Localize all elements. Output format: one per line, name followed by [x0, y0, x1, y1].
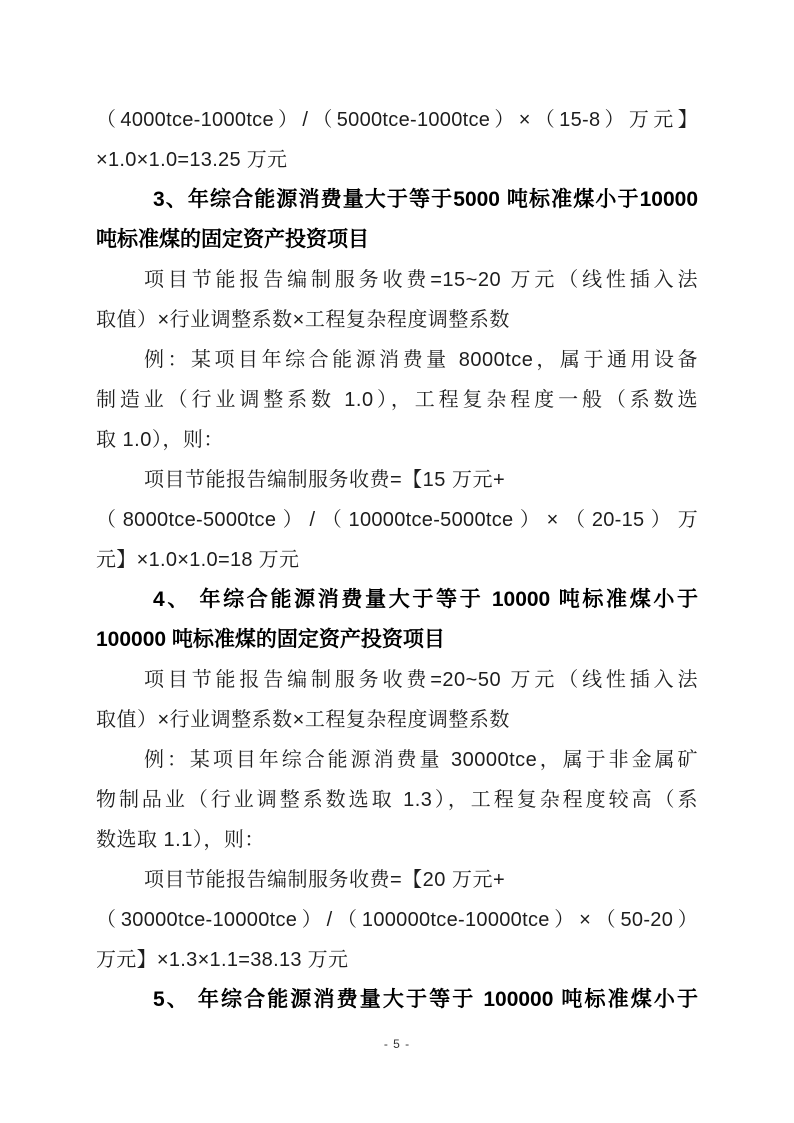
paragraph-line: 例：某项目年综合能源消费量 8000tce，属于通用设备 — [96, 340, 698, 380]
paragraph-line: 取 1.0），则： — [96, 420, 698, 460]
section-heading-line: 吨标准煤的固定资产投资项目 — [96, 220, 698, 260]
section-heading-line: 4、 年综合能源消费量大于等于 10000 吨标准煤小于 — [96, 580, 698, 620]
formula-line: 万元】×1.3×1.1=38.13 万元 — [96, 940, 698, 980]
document-body: （4000tce-1000tce）/（5000tce-1000tce）×（15-… — [96, 100, 698, 1020]
paragraph-line: 项目节能报告编制服务收费=【20 万元+ — [96, 860, 698, 900]
section-heading-line: 3、年综合能源消费量大于等于5000 吨标准煤小于10000 — [96, 180, 698, 220]
paragraph-line: 例：某项目年综合能源消费量 30000tce，属于非金属矿 — [96, 740, 698, 780]
formula-line: ×1.0×1.0=13.25 万元 — [96, 140, 698, 180]
section-heading-line: 5、 年综合能源消费量大于等于 100000 吨标准煤小于 — [96, 980, 698, 1020]
paragraph-line: 物制品业（行业调整系数选取 1.3），工程复杂程度较高（系 — [96, 780, 698, 820]
paragraph-line: 取值）×行业调整系数×工程复杂程度调整系数 — [96, 300, 698, 340]
paragraph-line: 制造业（行业调整系数 1.0），工程复杂程度一般（系数选 — [96, 380, 698, 420]
formula-line: （8000tce-5000tce）/（10000tce-5000tce）×（20… — [96, 500, 698, 540]
paragraph-line: 项目节能报告编制服务收费=20~50 万元（线性插入法 — [96, 660, 698, 700]
paragraph-line: 取值）×行业调整系数×工程复杂程度调整系数 — [96, 700, 698, 740]
formula-line: 元】×1.0×1.0=18 万元 — [96, 540, 698, 580]
section-heading-line: 100000 吨标准煤的固定资产投资项目 — [96, 620, 698, 660]
page-number: - 5 - — [0, 1036, 794, 1052]
paragraph-line: 项目节能报告编制服务收费=15~20 万元（线性插入法 — [96, 260, 698, 300]
document-page: （4000tce-1000tce）/（5000tce-1000tce）×（15-… — [0, 0, 794, 1123]
formula-line: （30000tce-10000tce）/（100000tce-10000tce）… — [96, 900, 698, 940]
paragraph-line: 项目节能报告编制服务收费=【15 万元+ — [96, 460, 698, 500]
formula-line: （4000tce-1000tce）/（5000tce-1000tce）×（15-… — [96, 100, 698, 140]
paragraph-line: 数选取 1.1），则： — [96, 820, 698, 860]
